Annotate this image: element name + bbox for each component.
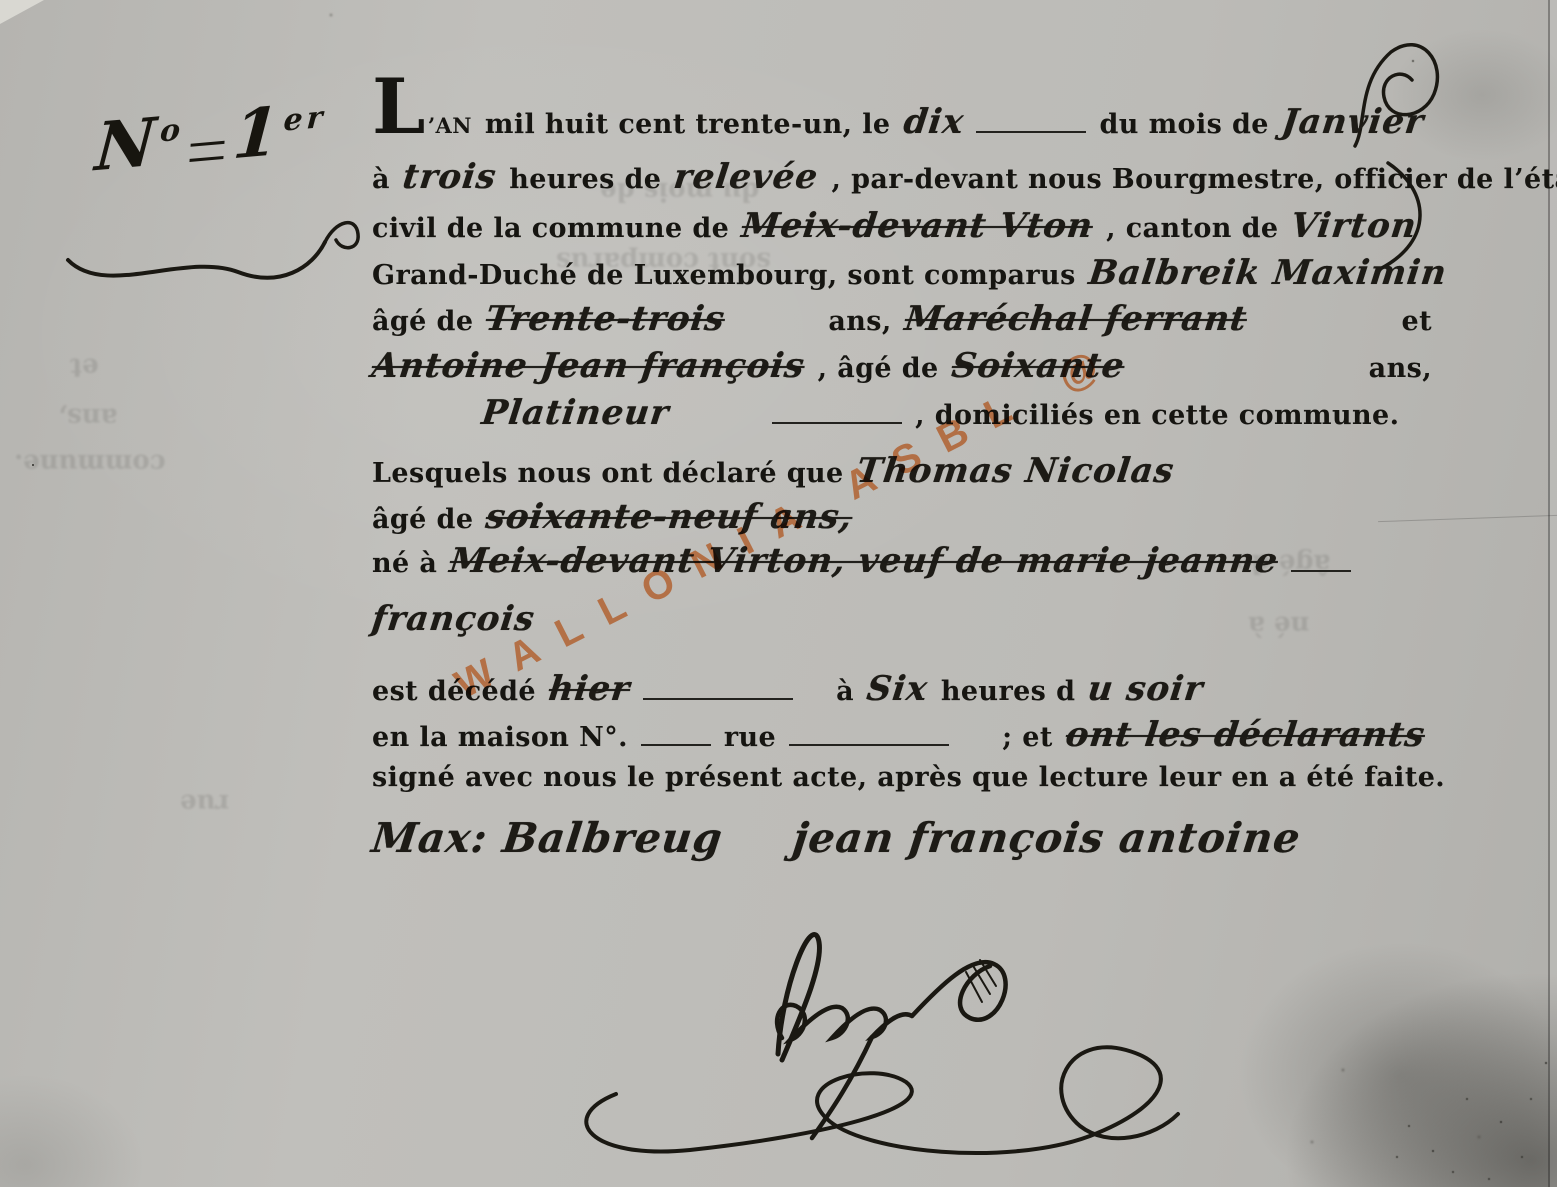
handwritten-profession: Platineur bbox=[480, 396, 671, 430]
printed-text: heures d bbox=[941, 678, 1076, 705]
printed-text: , par-devant nous Bourgmestre, officier … bbox=[832, 166, 1557, 193]
handwritten-month: Janvier bbox=[1280, 105, 1426, 139]
death-record-scan: et ans, commune. du mois de sont comparu… bbox=[0, 0, 1557, 1187]
printed-text: âgé de bbox=[372, 308, 473, 335]
line-commune: civil de la commune de Meix-devant Vton … bbox=[372, 209, 1417, 243]
handwritten-day: dix bbox=[901, 105, 965, 139]
act-number: No1er bbox=[93, 94, 328, 181]
bleedthrough-fragment: et bbox=[70, 352, 99, 382]
printed-text: Grand-Duché de Luxembourg, sont comparus bbox=[372, 262, 1076, 289]
printed-text: à bbox=[372, 166, 390, 193]
printed-text: signé avec nous le présent acte, après q… bbox=[372, 764, 1445, 791]
printed-text: âgé de bbox=[372, 506, 473, 533]
handwritten-age: Trente-trois bbox=[484, 302, 727, 336]
handwritten-death-day: hier bbox=[547, 672, 632, 706]
printed-text: heures de bbox=[509, 166, 661, 193]
printed-text: ans, bbox=[828, 308, 891, 335]
line-comparant-1: Grand-Duché de Luxembourg, sont comparus… bbox=[372, 256, 1446, 290]
printed-text: mil huit cent trente-un, le bbox=[485, 111, 891, 138]
act-number-dash bbox=[190, 141, 225, 162]
act-number-sup: o bbox=[159, 112, 185, 149]
handwritten-spouse-surname: françois bbox=[370, 602, 537, 636]
handwritten-death-hour: Six bbox=[865, 672, 930, 706]
printed-text: Lesquels nous ont déclaré que bbox=[372, 460, 844, 487]
blank-rule bbox=[1291, 568, 1351, 572]
act-number-digit: 1 bbox=[231, 91, 286, 174]
printed-text: , âgé de bbox=[818, 355, 939, 382]
act-number-flourish bbox=[60, 190, 380, 310]
line-hour: à trois heures de relevée , par-devant n… bbox=[372, 160, 1557, 194]
paper-corner-notch bbox=[0, 0, 44, 24]
bleedthrough-fragment: né à bbox=[1248, 610, 1309, 640]
blank-rule bbox=[643, 696, 793, 700]
handwritten-birthplace-spouse: Meix-devant Virton, veuf de marie jeanne bbox=[448, 544, 1280, 578]
witness-signature: jean françois antoine bbox=[791, 818, 1304, 859]
bleedthrough-fragment: commune. bbox=[14, 448, 166, 478]
line-house-street: en la maison N°. rue ; et ont les déclar… bbox=[372, 718, 1425, 752]
printed-text: , canton de bbox=[1106, 215, 1278, 242]
signature-row: Max: Balbreug jean françois antoine bbox=[372, 818, 1301, 859]
handwritten-declarants-note: ont les déclarants bbox=[1064, 718, 1427, 752]
printed-text: né à bbox=[372, 550, 437, 577]
bleedthrough-fragment: ans, bbox=[58, 402, 117, 432]
blank-rule bbox=[772, 420, 902, 424]
blank-rule bbox=[789, 742, 949, 746]
act-number-letter: N bbox=[93, 102, 163, 186]
handwritten-canton: Virton bbox=[1289, 209, 1419, 243]
dropcap-L: L bbox=[372, 86, 426, 128]
line-profession-domicile: Platineur , domiciliés en cette commune. bbox=[372, 396, 1399, 430]
printed-text: en la maison N°. bbox=[372, 724, 628, 751]
printed-text: ; et bbox=[1002, 724, 1053, 751]
handwritten-profession: Maréchal ferrant bbox=[903, 302, 1249, 336]
handwritten-commune: Meix-devant Vton bbox=[740, 209, 1095, 243]
act-number-sup: er bbox=[282, 100, 327, 139]
printed-text: et bbox=[1402, 308, 1432, 335]
blank-rule bbox=[641, 742, 711, 746]
printed-text: à bbox=[836, 678, 854, 705]
handwritten-period: relevée bbox=[672, 160, 820, 194]
printed-text: du mois de bbox=[1099, 111, 1268, 138]
line-declaration: Lesquels nous ont déclaré que Thomas Nic… bbox=[372, 454, 1174, 488]
line-closing: signé avec nous le présent acte, après q… bbox=[372, 764, 1445, 791]
official-signature-flourish bbox=[520, 868, 1220, 1178]
printed-text: civil de la commune de bbox=[372, 215, 729, 242]
line-year-date: L’an mil huit cent trente-un, le dix du … bbox=[372, 86, 1424, 139]
witness-signature: Max: Balbreug bbox=[369, 818, 724, 859]
printed-text: ’an bbox=[428, 115, 472, 136]
paper-crease bbox=[1378, 515, 1557, 522]
blank-rule bbox=[976, 129, 1086, 133]
handwritten-time-of-day: u soir bbox=[1086, 672, 1205, 706]
line-spouse-surname: françois bbox=[372, 602, 535, 636]
bleedthrough-fragment: rue bbox=[180, 788, 229, 818]
handwritten-hour: trois bbox=[401, 160, 499, 194]
line-witness1-age: âgé de Trente-trois ans, Maréchal ferran… bbox=[372, 302, 1432, 336]
handwritten-witness-name: Balbreik Maximin bbox=[1087, 256, 1449, 290]
opening-phrase: L’an bbox=[372, 86, 472, 136]
ink-speckles bbox=[0, 0, 2, 2]
line-witness2: Antoine Jean françois , âgé de Soixante … bbox=[372, 349, 1432, 383]
printed-text: rue bbox=[724, 724, 776, 751]
line-birthplace-spouse: né à Meix-devant Virton, veuf de marie j… bbox=[372, 544, 1351, 578]
printed-text: ans, bbox=[1369, 355, 1432, 382]
handwritten-witness-name: Antoine Jean françois bbox=[370, 349, 807, 383]
